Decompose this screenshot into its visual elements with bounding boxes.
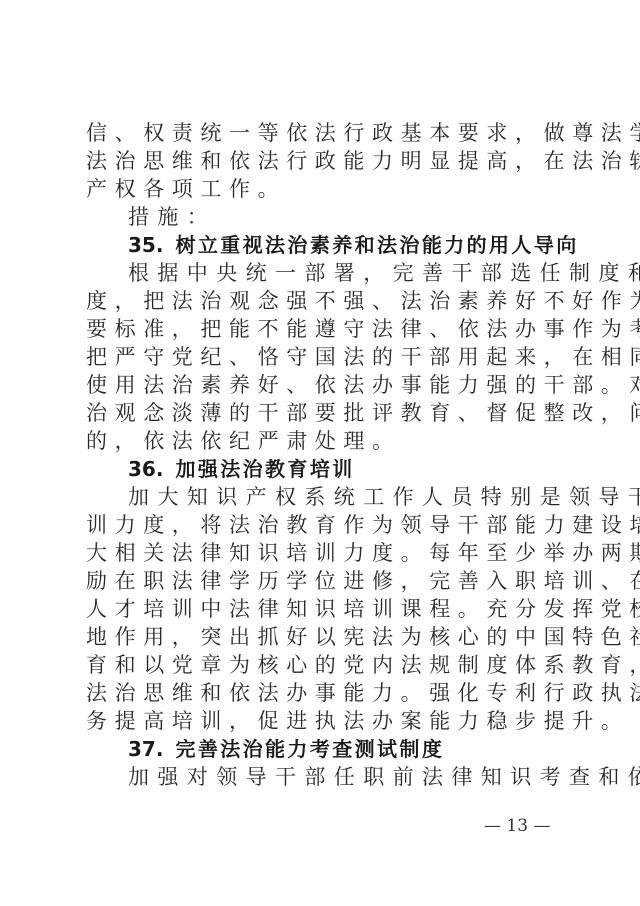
section-title: 加强法治教育培训 [175, 457, 354, 481]
body-text-line: 励在职法律学历学位进修，完善入职培训、在岗培训以及中高端 [86, 567, 560, 595]
body-text-line: 把严守党纪、恪守国法的干部用起来，在相同条件下，优先提拔 [86, 343, 560, 371]
section-title: 树立重视法治素养和法治能力的用人导向 [175, 233, 578, 257]
measures-label: 措施： [86, 203, 560, 231]
body-text-line: 根据中央统一部署，完善干部选任制度和干部培养、交流制 [86, 259, 560, 287]
body-text-line: 加大知识产权系统工作人员特别是领导干部的法治教育培 [86, 483, 560, 511]
body-text-line: 度，把法治观念强不强、法治素养好不好作为衡量干部德才的重 [86, 287, 560, 315]
section-heading-36: 36.加强法治教育培训 [86, 455, 560, 483]
page-number: — 13 — [484, 816, 550, 836]
section-heading-35: 35.树立重视法治素养和法治能力的用人导向 [86, 231, 560, 259]
body-text-line: 人才培训中法律知识培训课程。充分发挥党校干部教育培训主阵 [86, 595, 560, 623]
body-text-line: 要标准，把能不能遵守法律、依法办事作为考察干部的重要内容， [86, 315, 560, 343]
body-text-line: 法治思维和依法行政能力明显提高，在法治轨道上全面推进知识 [86, 147, 560, 175]
body-text-line: 大相关法律知识培训力度。每年至少举办两期法治专题讲座。鼓 [86, 539, 560, 567]
body-text-line: 训力度，将法治教育作为领导干部能力建设培训的重要内容。加 [86, 511, 560, 539]
body-text-line: 的，依法依纪严肃处理。 [86, 427, 560, 455]
body-text-line: 务提高培训，促进执法办案能力稳步提升。 [86, 707, 560, 735]
body-text-line: 育和以党章为核心的党内法规制度体系教育，着力提高党员干部 [86, 651, 560, 679]
body-text-line: 地作用，突出抓好以宪法为核心的中国特色社会主义法律体系教 [86, 623, 560, 651]
body-text-line: 加强对领导干部任职前法律知识考查和依法行政能力测试， [86, 763, 560, 791]
section-title: 完善法治能力考查测试制度 [175, 737, 444, 761]
section-number: 36. [128, 457, 163, 481]
body-text-line: 治观念淡薄的干部要批评教育、督促整改，问题严重或违法违纪 [86, 399, 560, 427]
section-heading-37: 37.完善法治能力考查测试制度 [86, 735, 560, 763]
body-text-line: 使用法治素养好、依法办事能力强的干部。对特权思想严重、法 [86, 371, 560, 399]
document-page: 信、权责统一等依法行政基本要求，做尊法学法守法用法的模范， 法治思维和依法行政能… [86, 119, 560, 791]
body-text-line: 信、权责统一等依法行政基本要求，做尊法学法守法用法的模范， [86, 119, 560, 147]
body-text-line: 产权各项工作。 [86, 175, 560, 203]
section-number: 35. [128, 233, 163, 257]
body-text-line: 法治思维和依法办事能力。强化专利行政执法上岗培训，深化业 [86, 679, 560, 707]
section-number: 37. [128, 737, 163, 761]
